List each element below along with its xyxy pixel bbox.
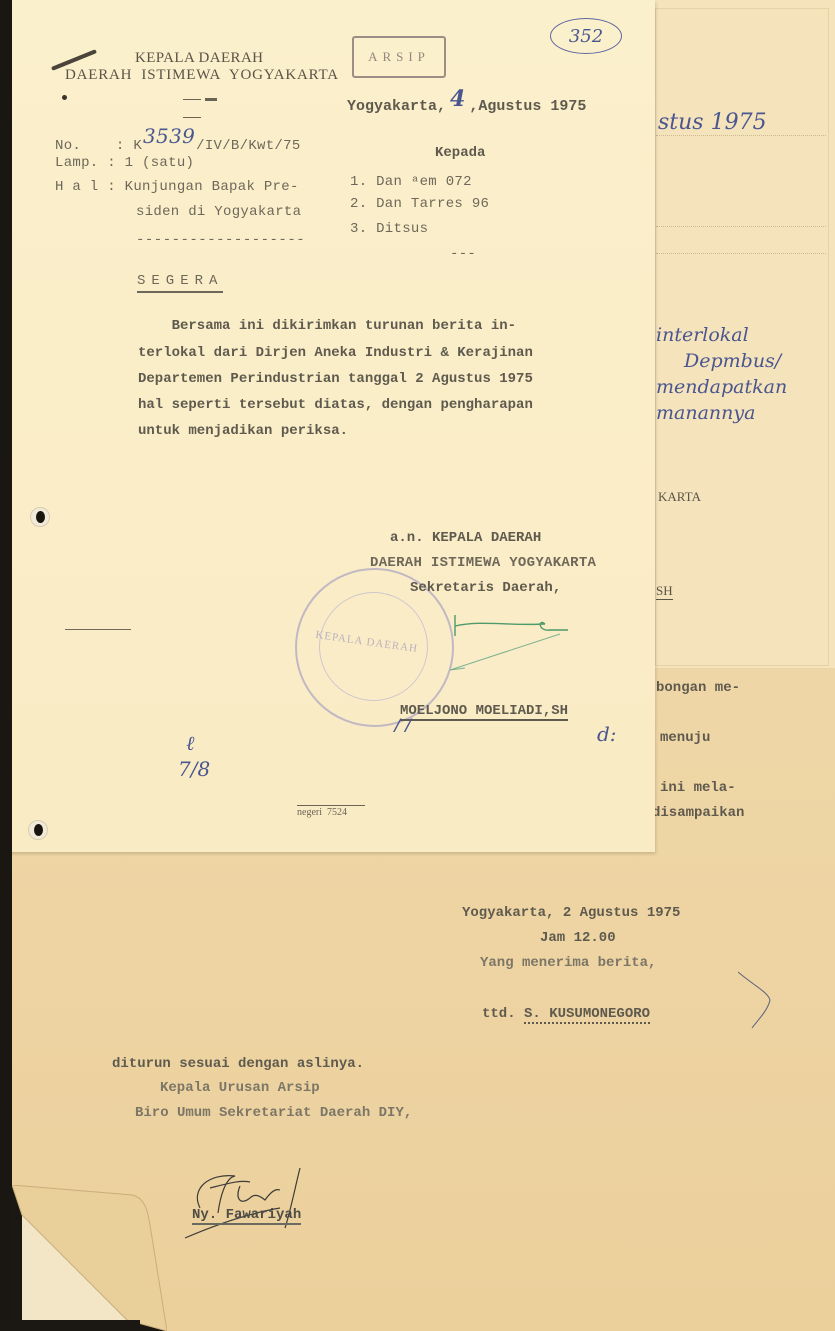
telegram-time: Jam 12.00 (540, 930, 616, 946)
middle-typed-fragment: KARTA (658, 489, 701, 505)
letter-date: Yogyakarta,4,Agustus 1975 (347, 90, 586, 116)
page-number-circle: 352 (550, 18, 622, 54)
body-line: hal seperti tersebut diatas, dengan peng… (138, 397, 533, 413)
recipients-heading: Kepada (435, 145, 485, 161)
fold-guide-line (65, 629, 131, 630)
reference-number: No. : K3539/IV/B/Kwt/75 (55, 130, 301, 154)
scan-border (0, 0, 12, 1331)
signer-name: MOELJONO MOELIADI,SH (400, 703, 568, 721)
dotted-line (656, 253, 826, 254)
letterhead-title: KEPALA DAERAH (135, 50, 263, 67)
dotted-line (656, 135, 826, 136)
green-ink-signature (450, 612, 570, 682)
certification-office: Biro Umum Sekretariat Daerah DIY, (135, 1105, 412, 1121)
punch-hole (28, 820, 48, 840)
receiver-signature: ttd. S. KUSUMONEGORO (482, 1006, 650, 1022)
dotted-line (656, 226, 826, 227)
signature-office: DAERAH ISTIMEWA YOGYAKARTA (370, 555, 596, 571)
initials-mark: d: (597, 722, 617, 746)
telegram-fragment: ini mela- (660, 780, 736, 796)
middle-hand-notes: interlokal Depmbus/ mendapatkan manannya (656, 322, 787, 426)
recipient-item: 3. Ditsus (350, 221, 428, 237)
telegram-fragment: menuju (660, 730, 710, 746)
archive-stamp: ARSIP (352, 36, 446, 78)
letterhead-rule (183, 91, 238, 93)
handwritten-date-note: ℓ 7/8 (178, 730, 210, 782)
subject-field: H a l : Kunjungan Bapak Pre- (55, 179, 299, 195)
body-line: terlokal dari Dirjen Aneka Industri & Ke… (138, 345, 533, 361)
middle-typed-fragment: SH (656, 583, 673, 600)
form-code: negeri 7524 (297, 805, 365, 818)
certification-title: Kepala Urusan Arsip (160, 1080, 320, 1096)
telegram-date: Yogyakarta, 2 Agustus 1975 (462, 905, 680, 921)
archivist-name: Ny. Fawariyah (192, 1207, 301, 1225)
telegram-fragment: disampaikan (652, 805, 744, 821)
recipients-end-mark: --- (450, 246, 476, 262)
receiver-label: Yang menerima berita, (480, 955, 656, 971)
subject-field-cont: siden di Yogyakarta (136, 204, 301, 220)
signature-title: Sekretaris Daerah, (410, 580, 561, 596)
body-line: Bersama ini dikirimkan turunan berita in… (138, 318, 516, 334)
body-line: Departemen Perindustrian tanggal 2 Agust… (138, 371, 533, 387)
folded-page-corner (12, 1185, 167, 1331)
letterhead-subtitle: DAERAH ISTIMEWA YOGYAKARTA (65, 67, 339, 84)
telegram-fragment: bongan me- (656, 680, 740, 696)
punch-hole (30, 507, 50, 527)
attachment-field: Lamp. : 1 (satu) (55, 155, 194, 171)
signature-on-behalf: a.n. KEPALA DAERAH (390, 530, 541, 546)
recipient-item: 2. Dan Tarres 96 (350, 196, 489, 212)
certification-line: diturun sesuai dengan aslinya. (112, 1056, 364, 1072)
pen-curl-mark (738, 970, 778, 1030)
recipient-item: 1. Dan ᵃem 072 (350, 174, 472, 190)
urgency-label: SEGERA (137, 273, 223, 293)
ink-dot (62, 95, 67, 100)
body-line: untuk menjadikan periksa. (138, 423, 348, 439)
pen-tick-mark: // (392, 718, 414, 738)
middle-hand-date: stus 1975 (658, 110, 767, 135)
subject-underline: ------------------- (136, 232, 305, 248)
scan-border (0, 1320, 140, 1331)
